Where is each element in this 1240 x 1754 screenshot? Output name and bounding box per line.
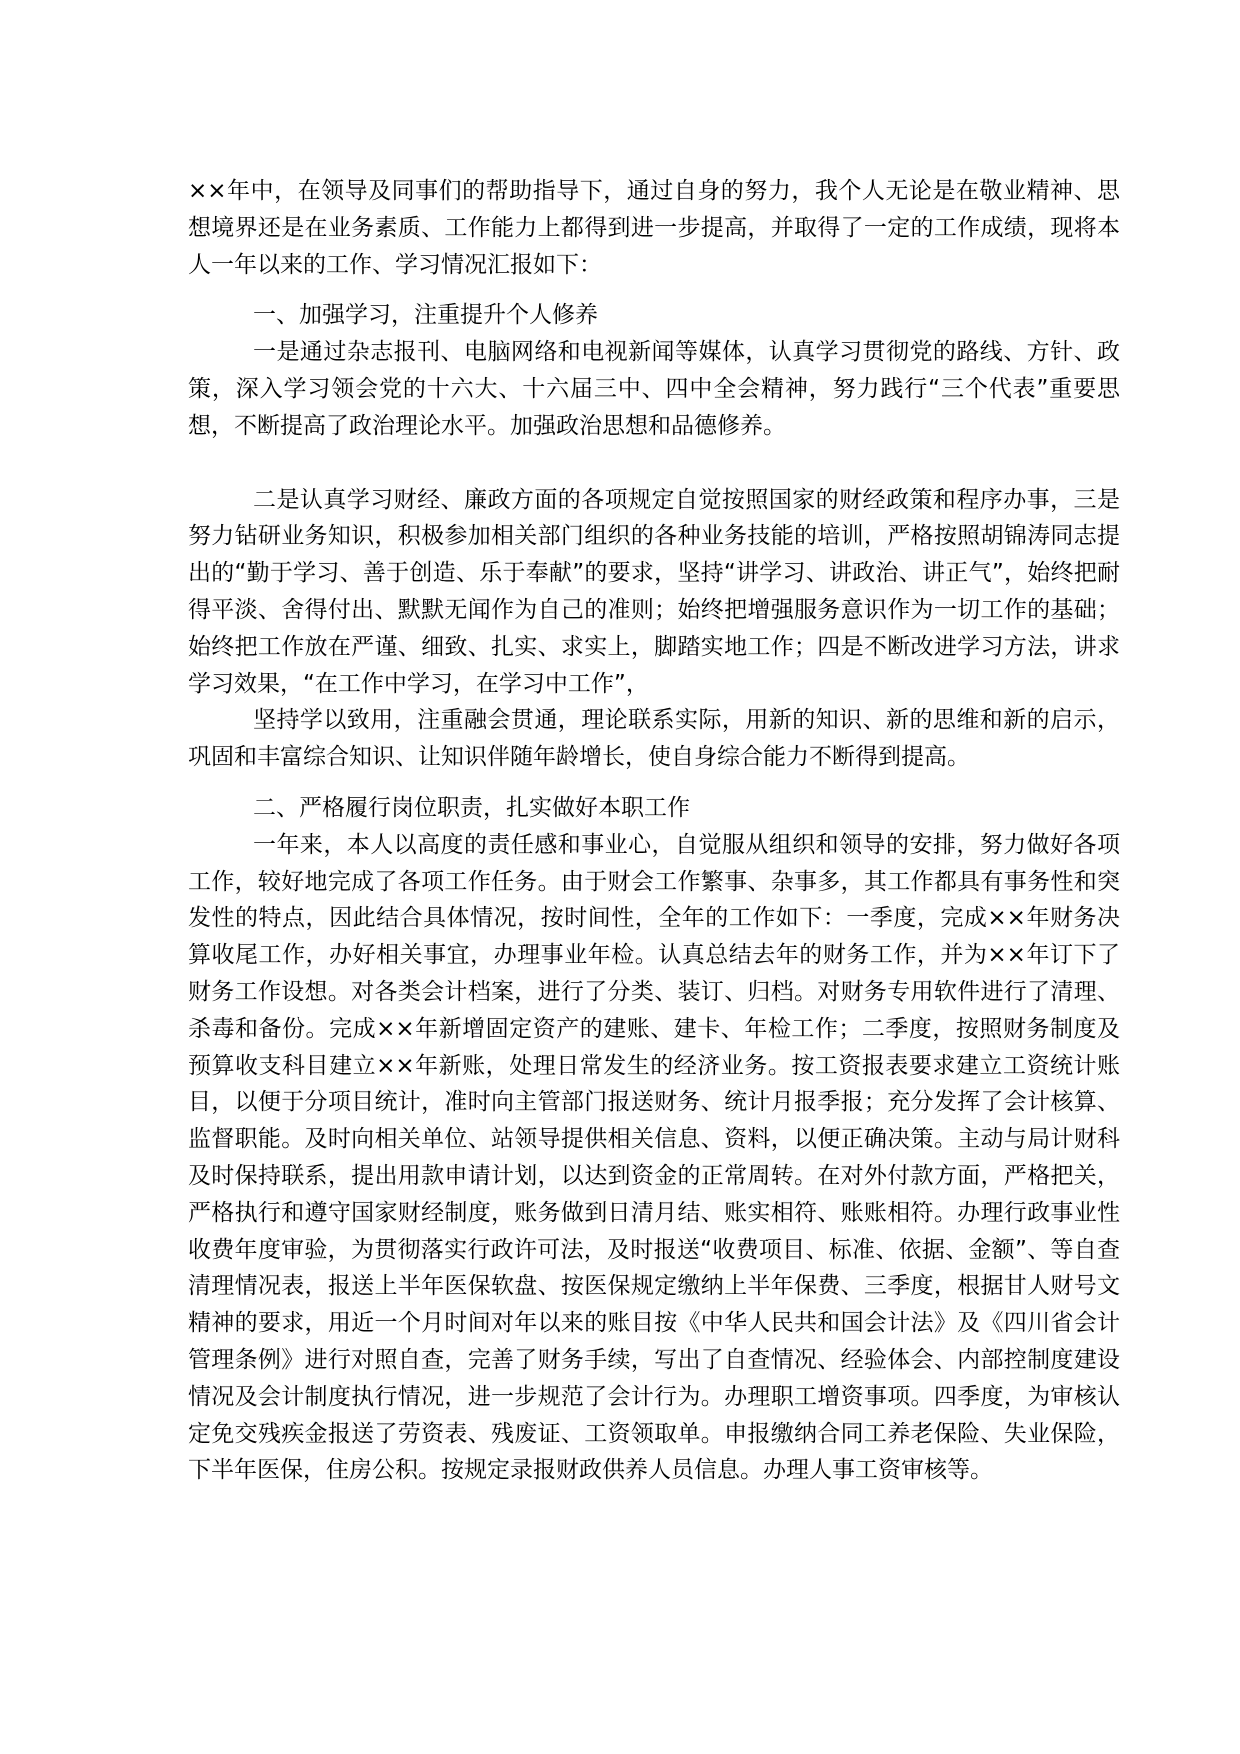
- paragraph-study-apply: 坚持学以致用，注重融会贯通，理论联系实际，用新的知识、新的思维和新的启示，巩固和…: [188, 702, 1120, 776]
- paragraph-study-finance: 二是认真学习财经、廉政方面的各项规定自觉按照国家的财经政策和程序办事，三是努力钻…: [188, 482, 1120, 703]
- paragraph-intro: ××年中，在领导及同事们的帮助指导下，通过自身的努力，我个人无论是在敬业精神、思…: [188, 173, 1120, 283]
- paragraph-duty-year: 一年来，本人以高度的责任感和事业心，自觉服从组织和领导的安排，努力做好各项工作，…: [188, 827, 1120, 1489]
- heading-section-1: 一、加强学习，注重提升个人修养: [188, 297, 1120, 334]
- document-page: ××年中，在领导及同事们的帮助指导下，通过自身的努力，我个人无论是在敬业精神、思…: [0, 0, 1240, 1754]
- paragraph-study-media: 一是通过杂志报刊、电脑网络和电视新闻等媒体，认真学习贯彻党的路线、方针、政策，深…: [188, 334, 1120, 444]
- heading-section-2: 二、严格履行岗位职责，扎实做好本职工作: [188, 790, 1120, 827]
